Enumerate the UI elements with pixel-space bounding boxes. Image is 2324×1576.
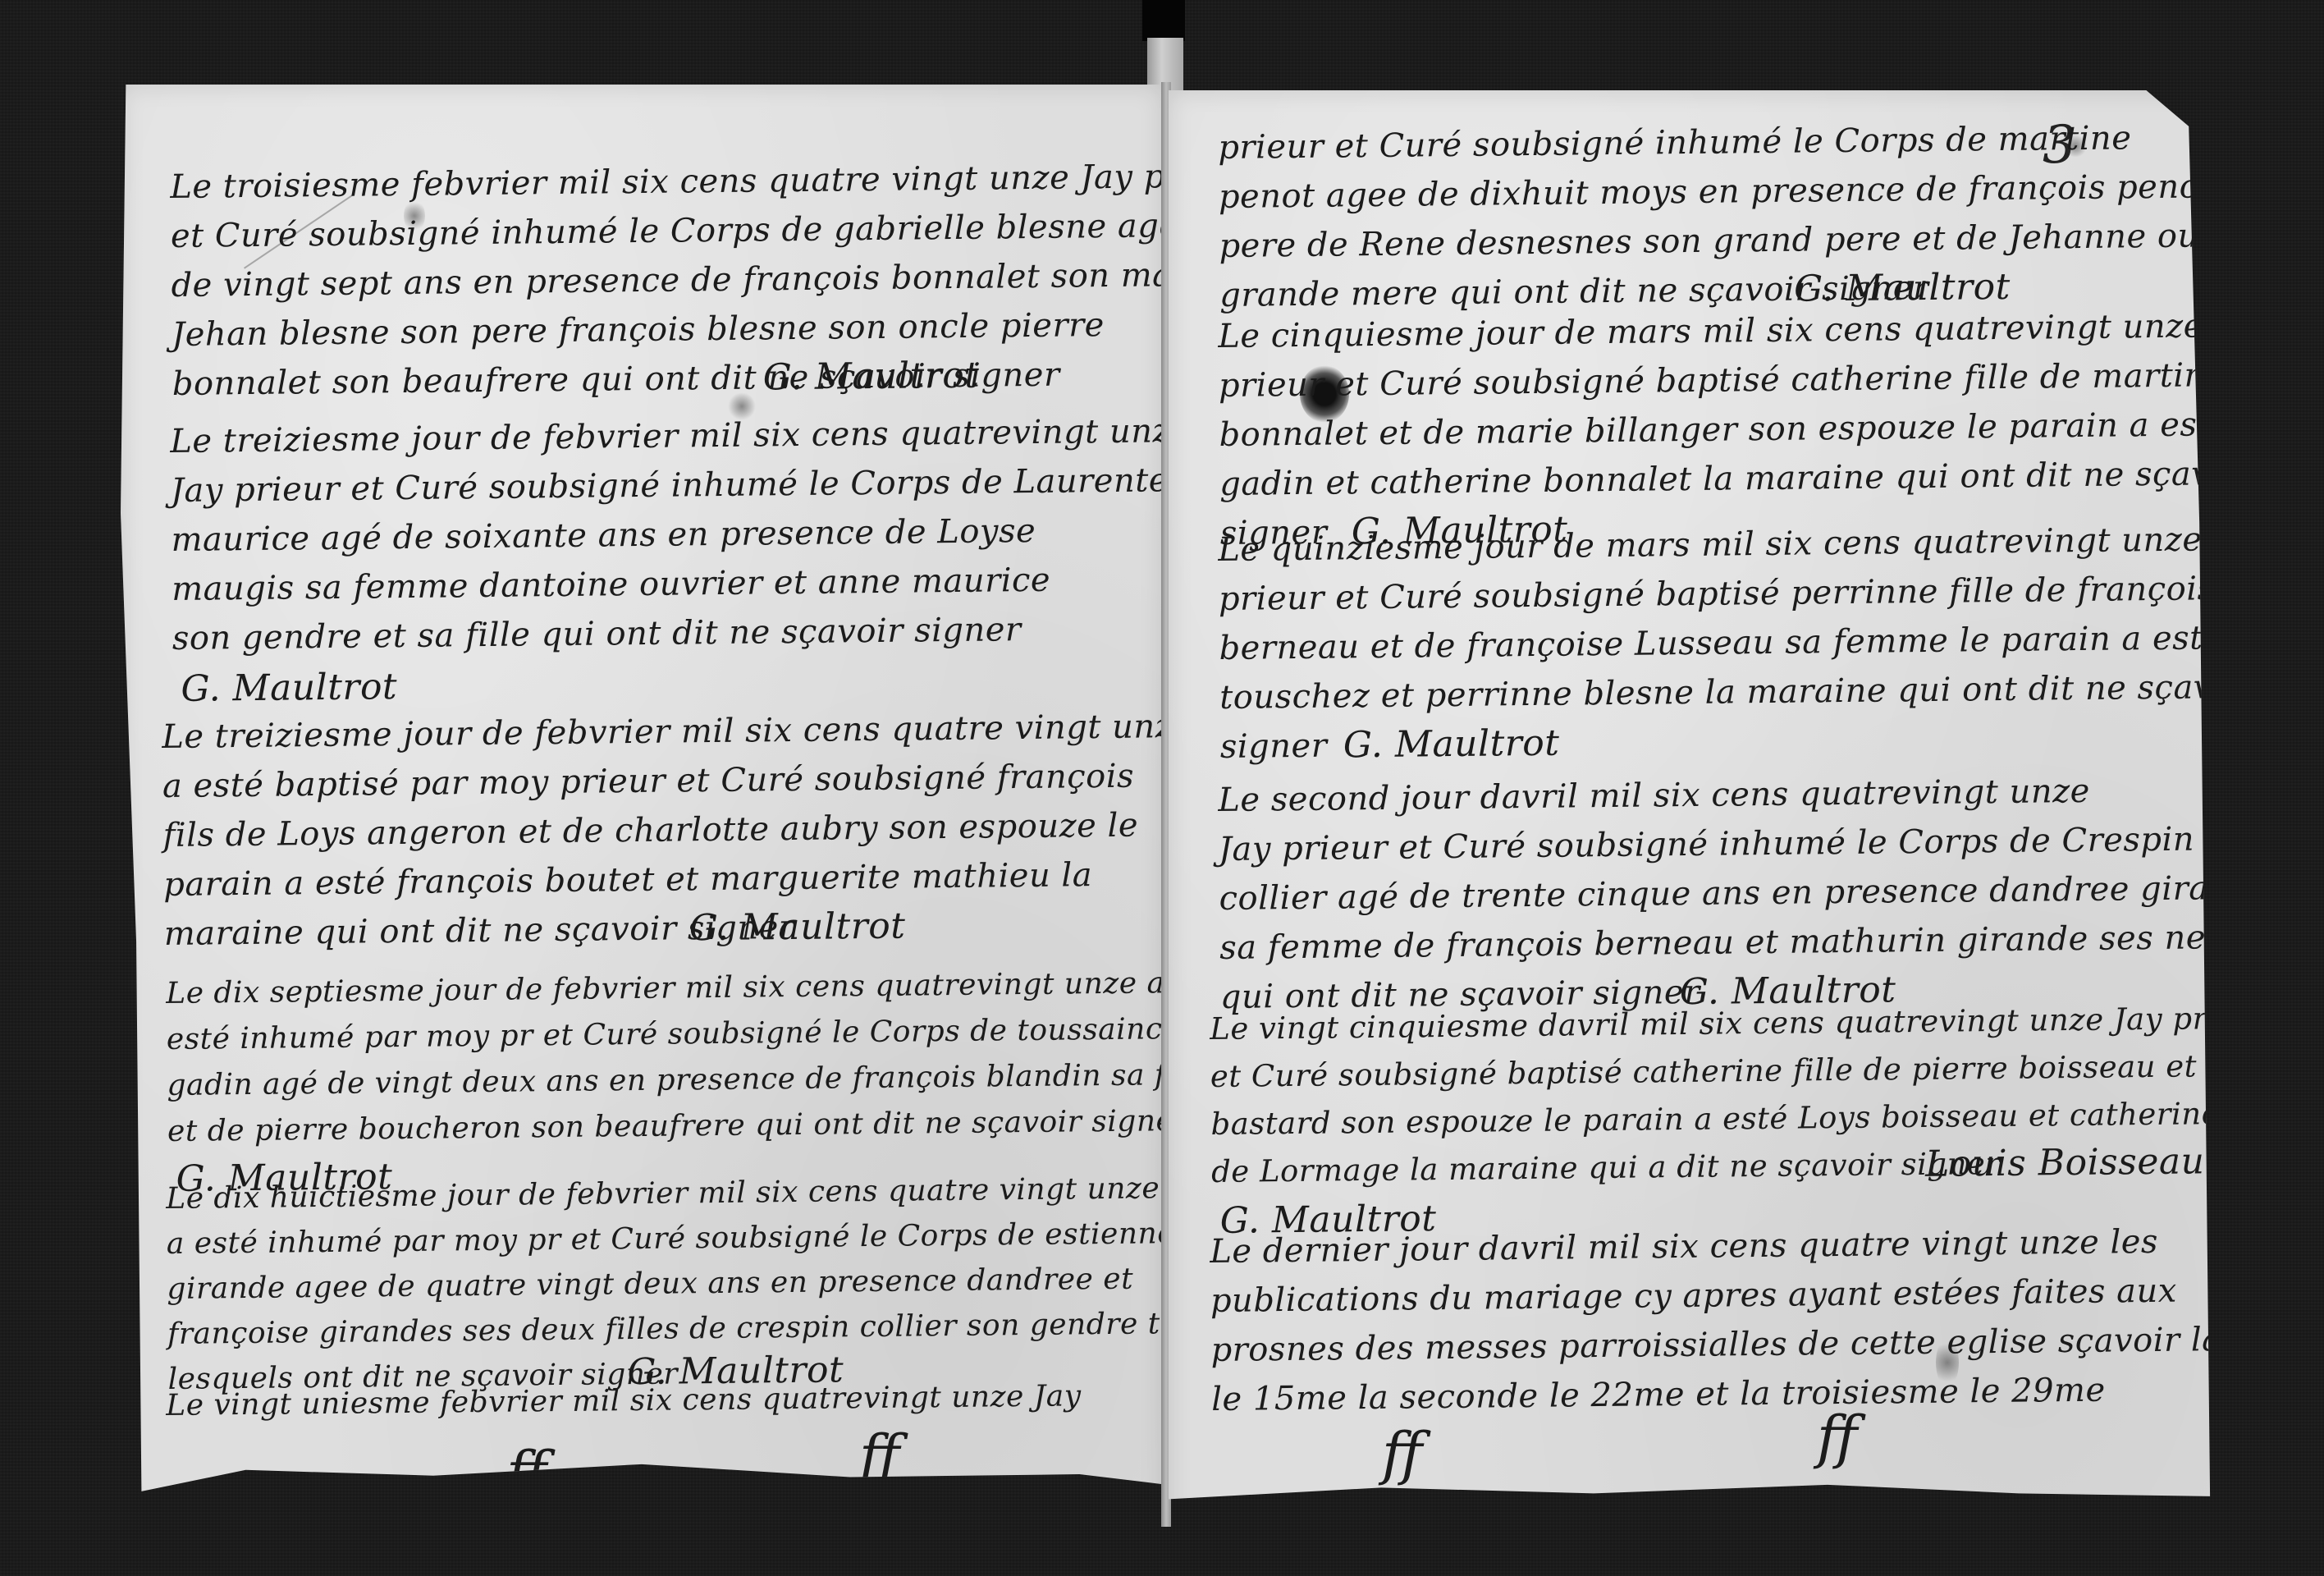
- entry-line: Le vingt uniesme febvrier mil six cens q…: [166, 1372, 1082, 1431]
- entry-line: sa femme de françois berneau et mathurin…: [1219, 912, 2231, 973]
- paraph-mark: ff: [1817, 1404, 1858, 1471]
- left-page: Le troisiesme febvrier mil six cens quat…: [121, 85, 1163, 1513]
- register-entry: prieur et Curé soubsigné inhumé le Corps…: [1218, 112, 2231, 320]
- register-entry: Le troisiesme febvrier mil six cens quat…: [170, 151, 1163, 409]
- register-entry: Le dernier jour davril mil six cens quat…: [1210, 1215, 2231, 1424]
- register-entry: Le dix septiesme jour de febvrier mil si…: [166, 960, 1163, 1203]
- register-entry: Le vingt uniesme febvrier mil six cens q…: [166, 1372, 1082, 1431]
- register-entry: Le quinziesme jour de mars mil six cens …: [1218, 513, 2231, 772]
- right-page: 3 prieur et Curé soubsigné inhumé le Cor…: [1169, 90, 2231, 1531]
- paraph-mark: ff: [859, 1423, 900, 1490]
- entry-line: son gendre et sa fille qui ont dit ne sç…: [172, 603, 1163, 663]
- register-entry: Le vingt cinquiesme davril mil six cens …: [1210, 993, 2231, 1245]
- register-entry: Le treiziesme jour de febvrier mil six c…: [162, 702, 1163, 959]
- entry-line: bonnalet son beaufrere qui ont dit ne sç…: [172, 348, 1163, 409]
- right-page-entries: prieur et Curé soubsigné inhumé le Corps…: [1169, 90, 2231, 1531]
- register-entry: Le dix huictiesme jour de febvrier mil s…: [166, 1166, 1163, 1400]
- register-entry: Le treiziesme jour de febvrier mil six c…: [170, 406, 1163, 714]
- paraph-mark: ff: [506, 1439, 547, 1506]
- entry-line: parain a esté françois boutet et marguer…: [163, 850, 1163, 909]
- paraph-mark: ff: [1382, 1420, 1423, 1487]
- spine-gap: [1142, 0, 1185, 41]
- register-entry: Le second jour davril mil six cens quatr…: [1218, 764, 2231, 1022]
- left-page-entries: Le troisiesme febvrier mil six cens quat…: [121, 85, 1163, 1513]
